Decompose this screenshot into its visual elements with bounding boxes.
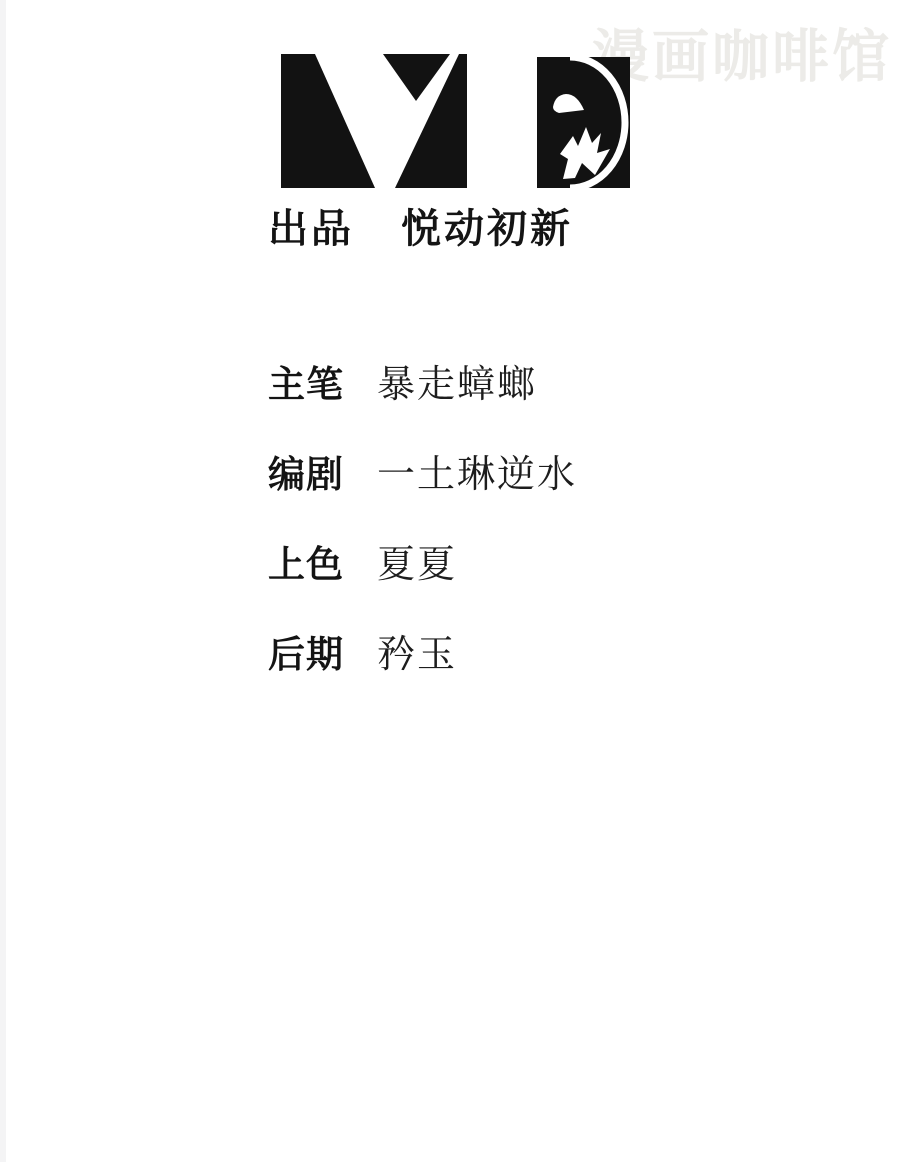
watermark-text: 漫画咖啡馆	[592, 11, 892, 93]
page-edge-strip	[0, 0, 6, 1162]
credit-value: 一土琳逆水	[377, 456, 577, 494]
credit-row-post-production: 后期 矜玉	[268, 636, 577, 674]
producer-line: 出品 悦动初新	[268, 206, 573, 252]
producer-label: 出品	[268, 206, 354, 252]
credit-row-lead-artist: 主笔 暴走蟑螂	[268, 366, 577, 404]
credit-value: 矜玉	[377, 636, 457, 674]
credit-row-colorist: 上色 夏夏	[268, 546, 577, 584]
comic-credits-page: 漫画咖啡馆 出品 悦动初新 主笔 暴走蟑螂 编剧 一土琳逆水 上色	[0, 0, 901, 1162]
credit-row-screenwriter: 编剧 一土琳逆水	[268, 456, 577, 494]
credits-list: 主笔 暴走蟑螂 编剧 一土琳逆水 上色 夏夏 后期 矜玉	[268, 366, 577, 726]
credit-label: 后期	[268, 636, 377, 674]
credit-value: 夏夏	[377, 546, 457, 584]
credit-label: 主笔	[268, 366, 377, 404]
producer-value: 悦动初新	[401, 206, 573, 252]
credit-label: 编剧	[268, 456, 377, 494]
logo-y-icon	[281, 54, 467, 188]
credit-value: 暴走蟑螂	[377, 366, 537, 404]
logo-d-monster-icon	[537, 57, 630, 188]
credit-label: 上色	[268, 546, 377, 584]
